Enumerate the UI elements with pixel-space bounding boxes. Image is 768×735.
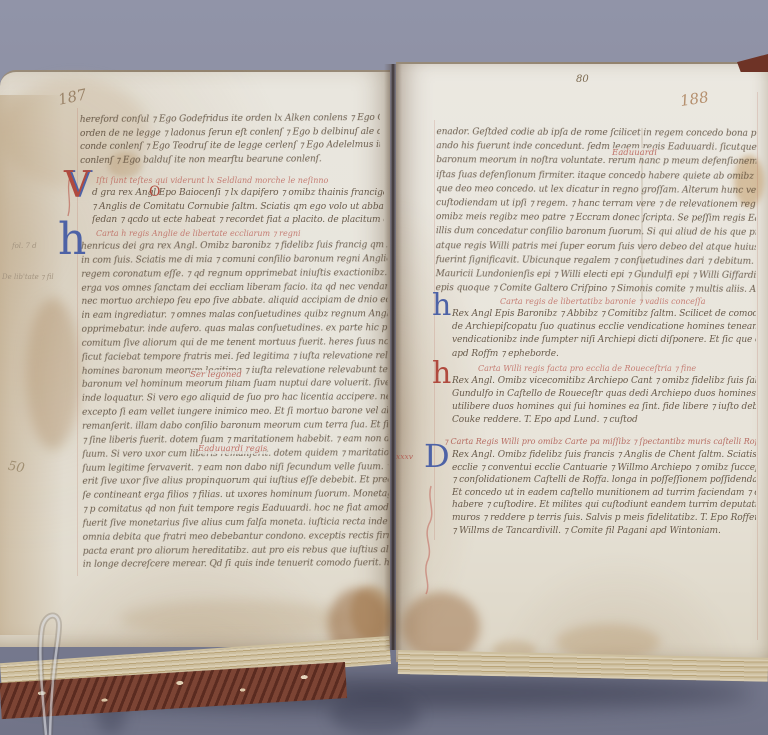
stain [26, 298, 80, 450]
margin-note-fol: fol. 7 d [12, 242, 37, 250]
right-rubric-1: Carta regis de libertatibz baronie ⁊ vad… [500, 297, 750, 306]
left-text-block-3: henricus dei gra rex Angl. Omibz baronib… [81, 239, 389, 573]
right-rubric-2: Carta Willi regis facta pro ecclia de Ro… [478, 364, 748, 373]
red-touched-word: Eaduuardi [612, 148, 657, 158]
illuminated-initial-h2-right: h [432, 360, 451, 387]
left-rubric-1: Iſti ſunt teſtes qui viderunt lx Seldlan… [96, 176, 346, 185]
folio-mark: 80 [576, 74, 589, 85]
right-text-block-3: Rex Angl. Omibz vicecomitibz Archiepo Ca… [452, 375, 756, 427]
illuminated-initial-h1-right: h [432, 292, 451, 319]
ruling-line [757, 92, 758, 640]
ruling-line [434, 120, 435, 540]
stain [120, 600, 350, 638]
left-text-block-1: hereford conſul ⁊ Ego Godefridus ite ord… [80, 112, 380, 168]
left-rubric-2: Carta h regis Anglie de libertate ecclia… [96, 229, 336, 238]
right-text-block-2: Rex Angl Epis Baronibz ⁊ Abbibz ⁊ Comiti… [452, 308, 756, 361]
gutter-shadow-on-table [330, 694, 420, 735]
left-text-block-2: d gra rex Angl Epo Baiocenſi ⁊ lx dapife… [92, 187, 384, 228]
gutter-shadow [384, 64, 402, 650]
red-touched-word: Ser legoned [190, 370, 242, 380]
illuminated-initial-h-left: h [58, 220, 86, 260]
right-text-block-1: enador. Geſtded codie ab ipſa de rome ſc… [436, 125, 757, 297]
right-text-block-4: Rex Angl. Omibz fidelibz ſuis francis ⁊ … [452, 449, 756, 537]
inline-initial-o: O [149, 186, 160, 199]
manuscript-photo: 187 fol. 7 d De lib'tate ⁊ fil 50 herefo… [0, 0, 768, 735]
red-touched-word: Eaduuardi regis [198, 444, 267, 454]
illuminated-initial-v: V [64, 170, 90, 202]
margin-note-50: 50 [7, 459, 26, 477]
margin-note-de: De lib'tate ⁊ fil [2, 273, 54, 281]
illuminated-initial-d: D [424, 442, 450, 471]
right-rubric-3: ⁊ Carta Regis Willi pro omibz Carte pa m… [444, 437, 756, 446]
